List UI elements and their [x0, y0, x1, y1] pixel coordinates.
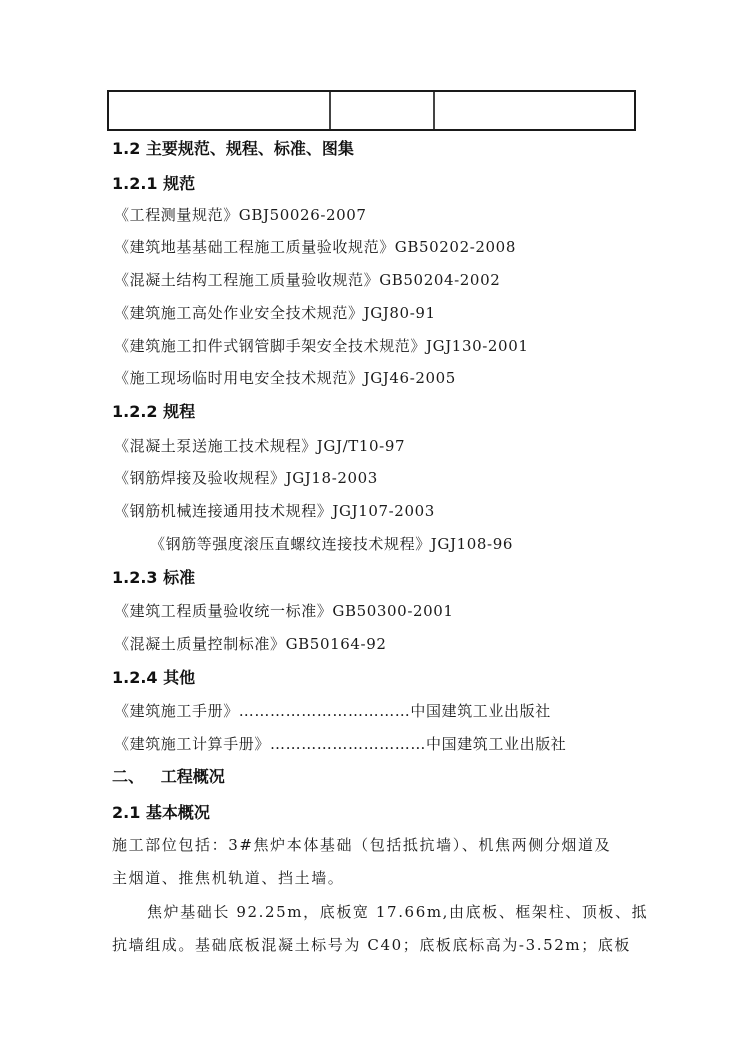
document-page: 1.2 主要规范、规程、标准、图集 1.2.1 规范 《工程测量规范》GBJ50…	[0, 0, 744, 1052]
list-item: 《钢筋机械连接通用技术规程》JGJ107-2003	[114, 501, 435, 521]
list-item: 《混凝土泵送施工技术规程》JGJ/T10-97	[114, 436, 405, 456]
list-item: 《建筑施工手册》……………………………中国建筑工业出版社	[114, 701, 551, 721]
subsection-heading-standards: 1.2.3 标准	[112, 568, 195, 588]
list-item: 《工程测量规范》GBJ50026-2007	[114, 205, 367, 225]
subsection-heading-others: 1.2.4 其他	[112, 668, 195, 688]
list-item: 《钢筋等强度滚压直螺纹连接技术规程》JGJ108-96	[150, 534, 513, 554]
empty-table	[107, 90, 636, 131]
table-cell	[331, 92, 435, 129]
paragraph-line: 焦炉基础长 92.25m，底板宽 17.66m,由底板、框架柱、顶板、抵	[147, 902, 648, 922]
list-item: 《施工现场临时用电安全技术规范》JGJ46-2005	[114, 368, 456, 388]
paragraph-line: 主烟道、推焦机轨道、挡土墙。	[112, 868, 344, 888]
table-cell	[435, 92, 634, 129]
list-item: 《建筑工程质量验收统一标准》GB50300-2001	[114, 601, 454, 621]
subsection-heading-procedures: 1.2.2 规程	[112, 402, 195, 422]
list-item: 《混凝土结构工程施工质量验收规范》GB50204-2002	[114, 270, 500, 290]
list-item: 《建筑施工计算手册》…………………………中国建筑工业出版社	[114, 734, 566, 754]
list-item: 《钢筋焊接及验收规程》JGJ18-2003	[114, 468, 378, 488]
chapter-heading-2: 二、 工程概况	[112, 767, 225, 787]
section-heading-1-2: 1.2 主要规范、规程、标准、图集	[112, 139, 354, 159]
list-item: 《建筑施工高处作业安全技术规范》JGJ80-91	[114, 303, 436, 323]
list-item: 《混凝土质量控制标准》GB50164-92	[114, 634, 386, 654]
list-item: 《建筑地基基础工程施工质量验收规范》GB50202-2008	[114, 237, 516, 257]
subsection-heading-codes: 1.2.1 规范	[112, 174, 195, 194]
subsection-heading-basic: 2.1 基本概况	[112, 803, 210, 823]
table-cell	[109, 92, 331, 129]
paragraph-line: 抗墙组成。基础底板混凝土标号为 C40；底板底标高为-3.52m；底板	[112, 935, 631, 955]
paragraph-line: 施工部位包括：3#焦炉本体基础（包括抵抗墙）、机焦两侧分烟道及	[112, 835, 611, 855]
list-item: 《建筑施工扣件式钢管脚手架安全技术规范》JGJ130-2001	[114, 336, 528, 356]
